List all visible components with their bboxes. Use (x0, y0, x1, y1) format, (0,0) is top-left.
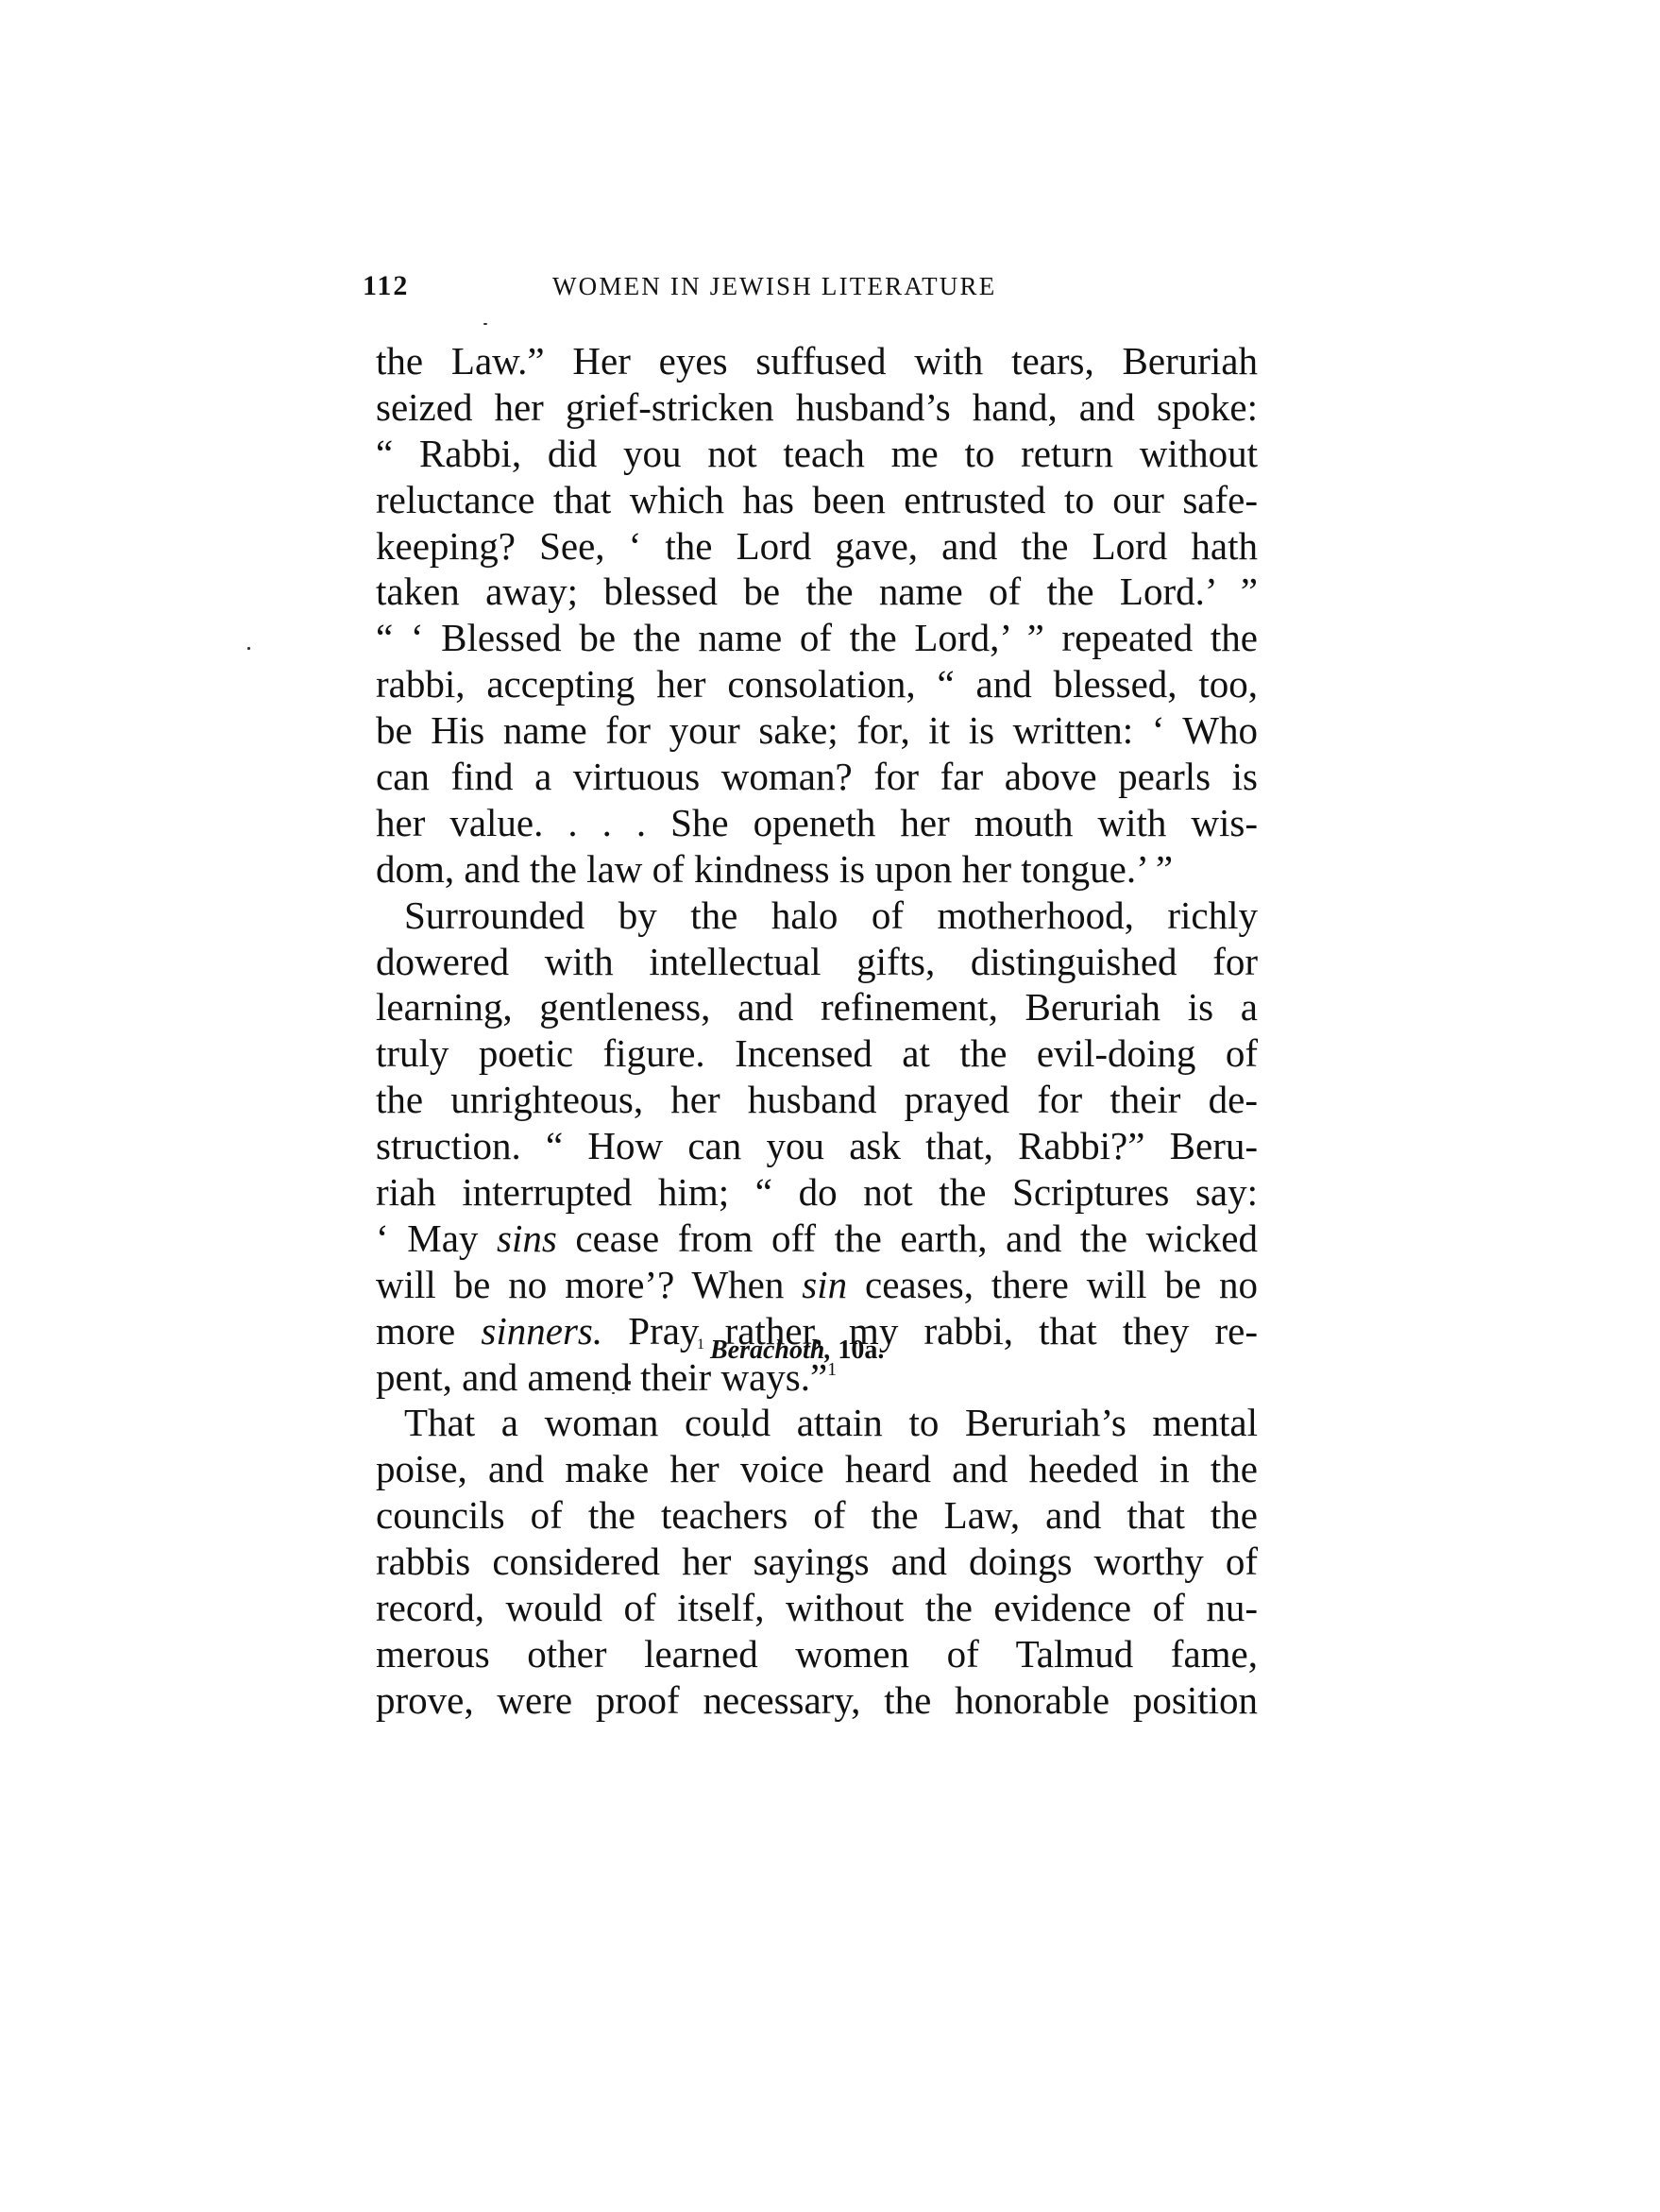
body-text: the Law.” Her eyes suffused with tears, … (376, 338, 1258, 1724)
paragraph-start-line: Surrounded by the halo of motherhood, ri… (376, 893, 1258, 939)
italic-word: sinners. (481, 1309, 602, 1353)
text-line: rabbis considered her sayings and doings… (376, 1539, 1258, 1585)
text-line: the Law.” Her eyes suffused with tears, … (376, 338, 1258, 384)
footnote-source: Berachoth, (710, 1336, 831, 1365)
text-line: councils of the teachers of the Law, and… (376, 1492, 1258, 1539)
text-segment: will be no more’? When (376, 1263, 802, 1306)
text-line: dom, and the law of kindness is upon her… (376, 846, 1258, 893)
running-title: WOMEN IN JEWISH LITERATURE (552, 272, 996, 301)
footnote: 1Berachoth, 10a. (697, 1336, 884, 1366)
scan-speck (612, 1392, 615, 1394)
scan-speck (742, 1434, 744, 1438)
scan-speck (628, 1381, 631, 1385)
italic-word: sin (802, 1263, 847, 1306)
text-segment: more (376, 1309, 481, 1353)
text-line: rabbi, accepting her consolation, “ and … (376, 661, 1258, 707)
text-line: be His name for your sake; for, it is wr… (376, 707, 1258, 754)
text-line: dowered with intellectual gifts, disting… (376, 939, 1258, 985)
text-line: keeping? See, ‘ the Lord gave, and the L… (376, 523, 1258, 570)
text-line: riah interrupted him; “ do not the Scrip… (376, 1169, 1258, 1216)
text-line: her value. . . . She openeth her mouth w… (376, 800, 1258, 846)
text-line: “ Rabbi, did you not teach me to return … (376, 431, 1258, 477)
text-line: merous other learned women of Talmud fam… (376, 1631, 1258, 1677)
paragraph-start-line: That a woman could attain to Beruriah’s … (376, 1400, 1258, 1446)
footnote-folio: 10a. (838, 1336, 884, 1365)
text-line: truly poetic figure. Incensed at the evi… (376, 1030, 1258, 1077)
book-page: 112 WOMEN IN JEWISH LITERATURE the Law.”… (0, 0, 1660, 2212)
text-line: poise, and make her voice heard and heed… (376, 1446, 1258, 1492)
text-line: seized her grief-stricken husband’s hand… (376, 384, 1258, 431)
text-line-with-italic: ‘ May sins cease from off the earth, and… (376, 1216, 1258, 1262)
text-line: struction. “ How can you ask that, Rabbi… (376, 1123, 1258, 1169)
text-line: the unrighteous, her husband prayed for … (376, 1077, 1258, 1123)
text-segment: ceases, there will be no (847, 1263, 1258, 1306)
footnote-mark: 1 (697, 1336, 704, 1353)
text-line: “ ‘ Blessed be the name of the Lord,’ ” … (376, 615, 1258, 661)
italic-word: sins (497, 1217, 557, 1260)
text-line: can find a virtuous woman? for far above… (376, 754, 1258, 800)
text-line: record, would of itself, without the evi… (376, 1585, 1258, 1631)
running-head: 112 WOMEN IN JEWISH LITERATURE (363, 270, 1269, 308)
text-segment: ‘ May (376, 1217, 497, 1260)
text-line-with-italic: will be no more’? When sin ceases, there… (376, 1262, 1258, 1308)
scan-speck (483, 323, 487, 325)
text-segment: cease from off the earth, and the wicked (557, 1217, 1258, 1260)
text-line: taken away; blessed be the name of the L… (376, 569, 1258, 615)
scan-speck (247, 647, 250, 650)
text-line: prove, were proof necessary, the honorab… (376, 1677, 1258, 1724)
text-line: reluctance that which has been entrusted… (376, 477, 1258, 523)
text-line: learning, gentleness, and refinement, Be… (376, 984, 1258, 1030)
page-number: 112 (363, 270, 409, 302)
